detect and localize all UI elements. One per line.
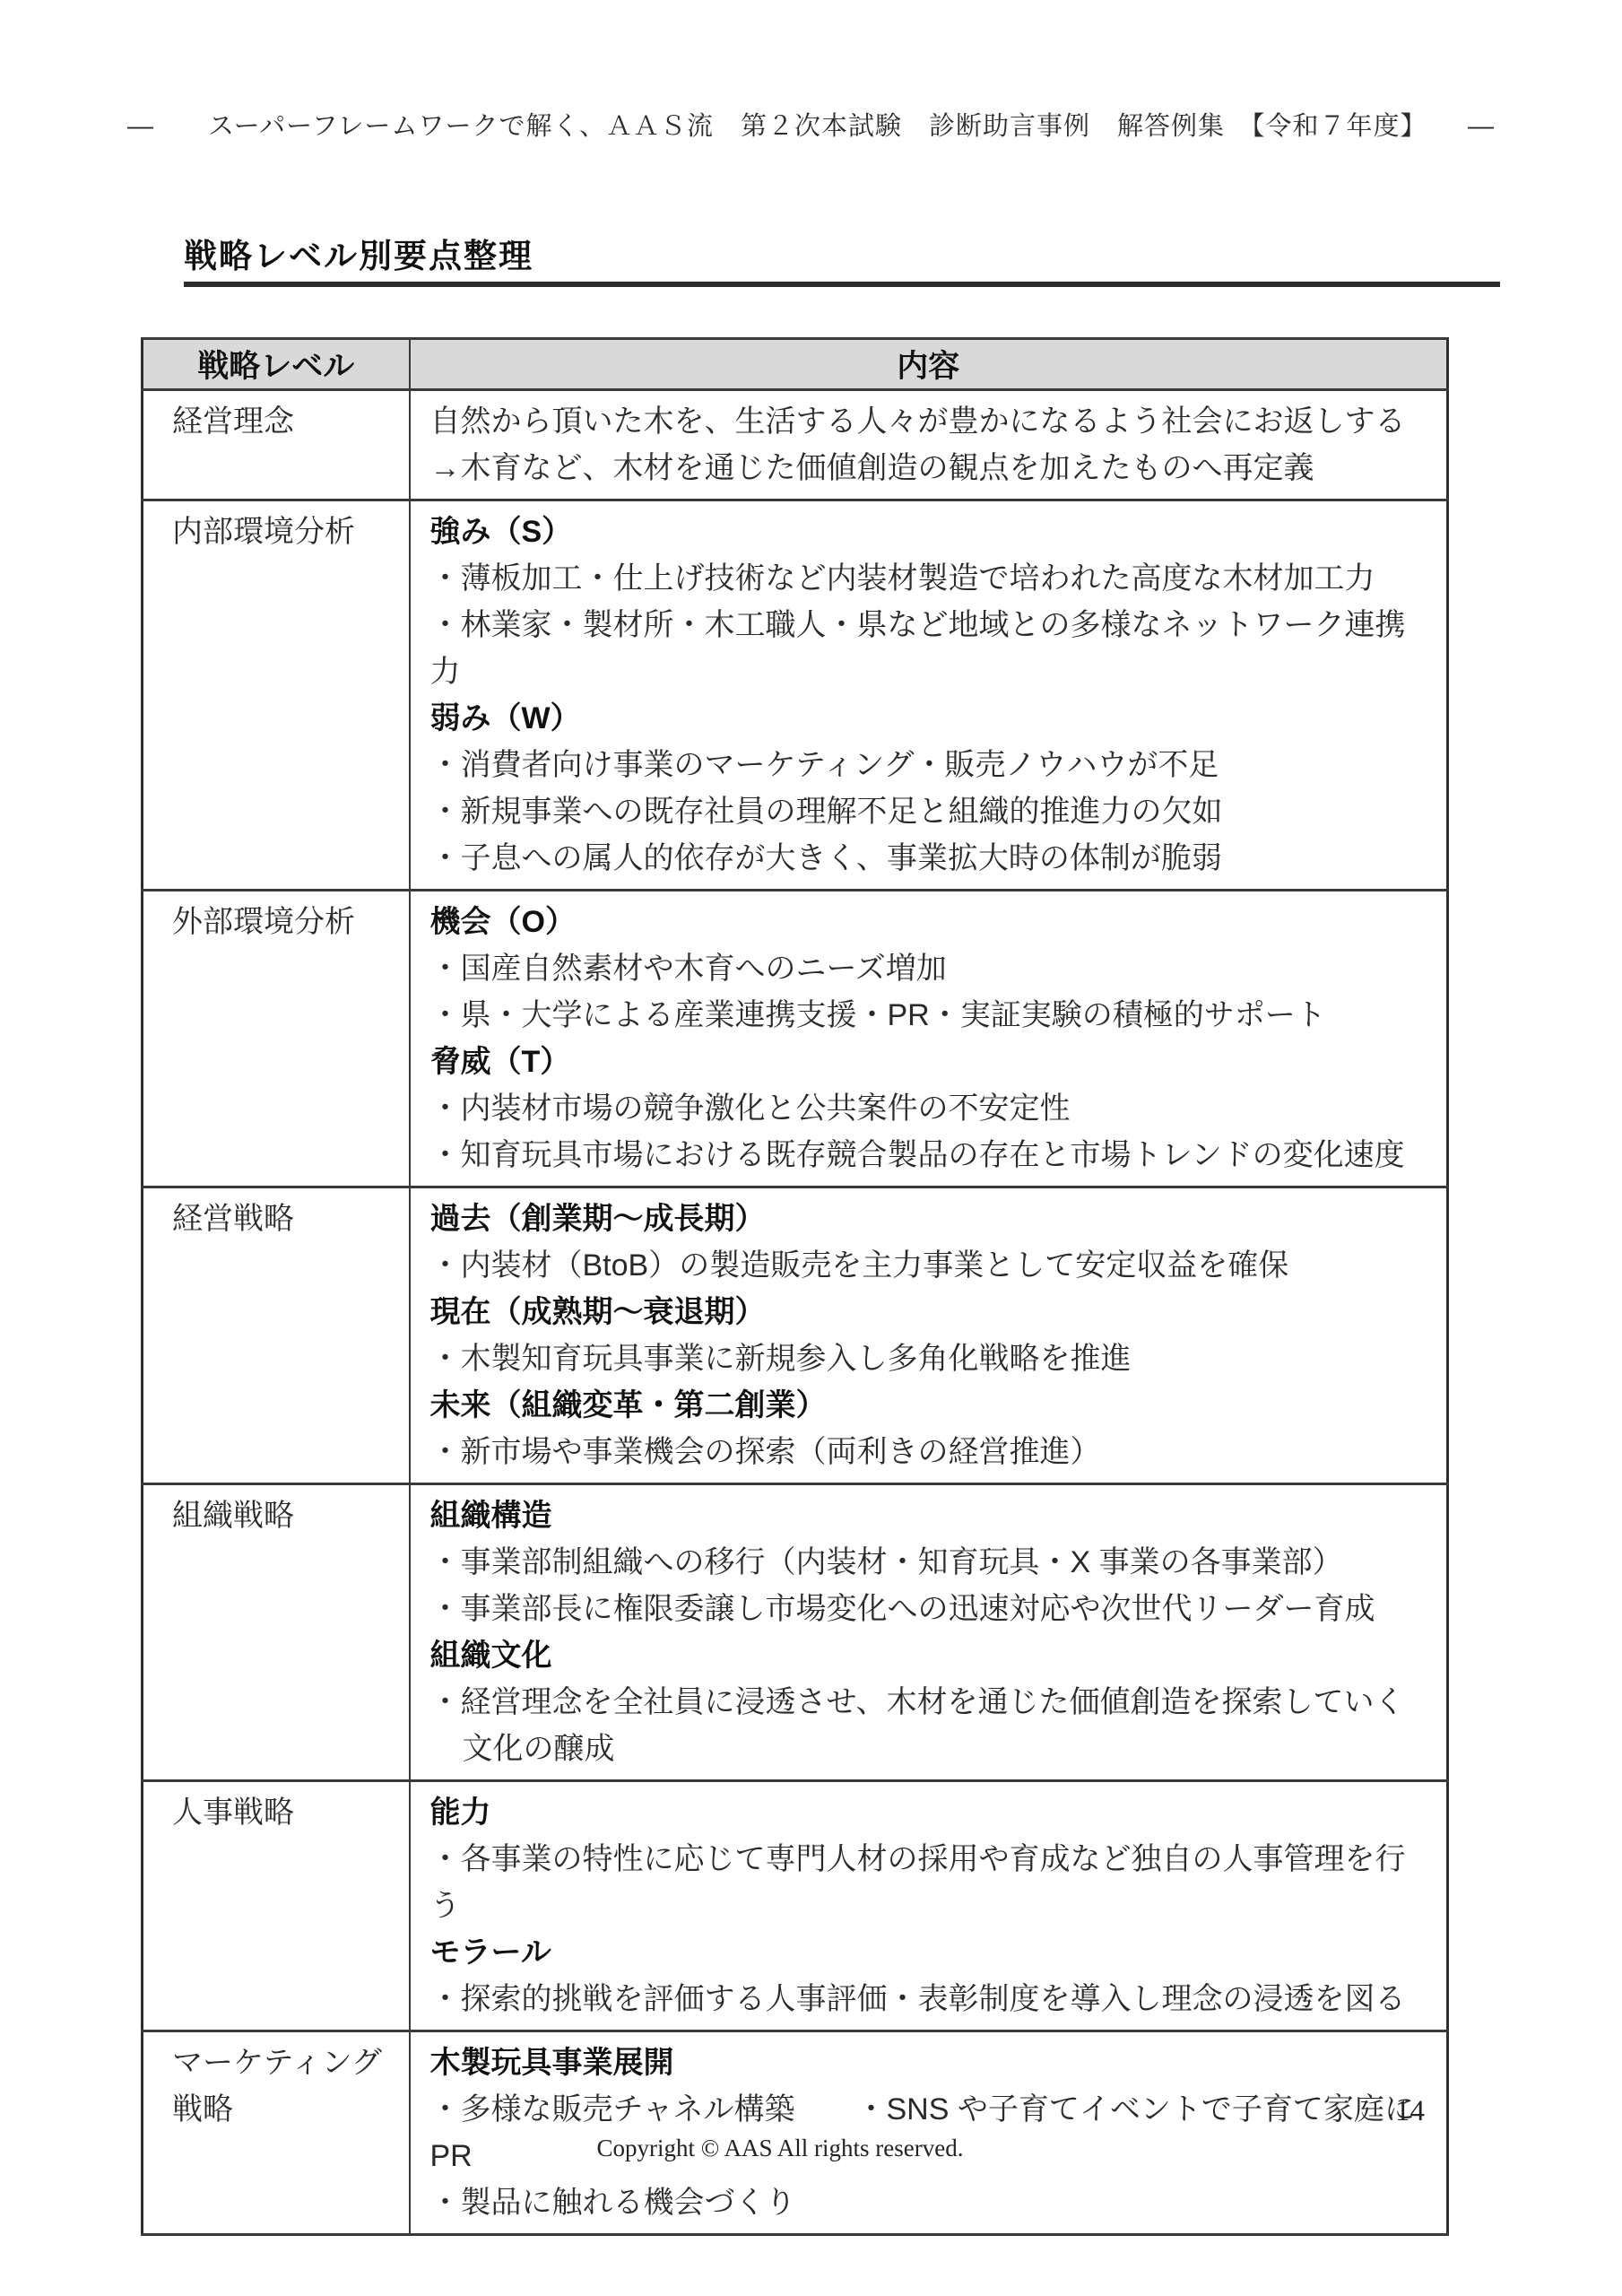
content-line: ・新規事業への既存社員の理解不足と組織的推進力の欠如 xyxy=(430,788,1435,835)
table-row: 経営戦略過去（創業期～成長期）・内装材（BtoB）の製造販売を主力事業として安定… xyxy=(143,1187,1448,1484)
content-heading-line: 機会（O） xyxy=(430,899,1435,945)
content-line: ・内装材（BtoB）の製造販売を主力事業として安定収益を確保 xyxy=(430,1242,1435,1289)
content-line: ・内装材市場の競争激化と公共案件の不安定性 xyxy=(430,1085,1435,1132)
content-cell: 能力・各事業の特性に応じて専門人材の採用や育成など独自の人事管理を行うモラール・… xyxy=(410,1781,1448,2031)
strategy-level-cell: マーケティング戦略 xyxy=(143,2031,410,2235)
content-line: ・県・大学による産業連携支援・PR・実証実験の積極的サポート xyxy=(430,992,1435,1039)
content-cell: 過去（創業期～成長期）・内装材（BtoB）の製造販売を主力事業として安定収益を確… xyxy=(410,1187,1448,1484)
table-header-row: 戦略レベル 内容 xyxy=(143,339,1448,390)
content-line: ・事業部制組織への移行（内装材・知育玩具・X 事業の各事業部） xyxy=(430,1539,1435,1586)
table-row: 経営理念自然から頂いた木を、生活する人々が豊かになるよう社会にお返しする→木育な… xyxy=(143,390,1448,500)
content-cell: 組織構造・事業部制組織への移行（内装材・知育玩具・X 事業の各事業部）・事業部長… xyxy=(410,1484,1448,1781)
section-title: 戦略レベル別要点整理 xyxy=(184,229,533,277)
table-row: 外部環境分析機会（O）・国産自然素材や木育へのニーズ増加・県・大学による産業連携… xyxy=(143,891,1448,1187)
content-line: ・木製知育玩具事業に新規参入し多角化戦略を推進 xyxy=(430,1335,1435,1382)
content-cell: 機会（O）・国産自然素材や木育へのニーズ増加・県・大学による産業連携支援・PR・… xyxy=(410,891,1448,1187)
content-line: ・各事業の特性に応じて専門人材の採用や育成など独自の人事管理を行う xyxy=(430,1836,1435,1929)
column-header-strategy-level: 戦略レベル xyxy=(143,339,410,390)
content-line: 文化の醸成 xyxy=(430,1726,1435,1772)
content-heading-line: 未来（組織変革・第二創業） xyxy=(430,1382,1435,1429)
content-line: ・探索的挑戦を評価する人事評価・表彰制度を導入し理念の浸透を図る xyxy=(430,1976,1435,2022)
content-line: ・薄板加工・仕上げ技術など内装材製造で培われた高度な木材加工力 xyxy=(430,555,1435,602)
content-heading-line: 過去（創業期～成長期） xyxy=(430,1196,1435,1242)
page: ― スーパーフレームワークで解く、ＡＡＳ流 第２次本試験 診断助言事例 解答例集… xyxy=(0,0,1622,2296)
title-rule xyxy=(184,282,1500,287)
strategy-level-cell: 経営戦略 xyxy=(143,1187,410,1484)
content-line: ・製品に触れる機会づくり xyxy=(430,2179,1435,2226)
content-line: →木育など、木材を通じた価値創造の観点を加えたものへ再定義 xyxy=(430,445,1435,491)
content-line: ・消費者向け事業のマーケティング・販売ノウハウが不足 xyxy=(430,742,1435,788)
content-heading-line: 弱み（W） xyxy=(430,695,1435,742)
content-heading-line: 能力 xyxy=(430,1789,1435,1836)
table-row: マーケティング戦略木製玩具事業展開・多様な販売チャネル構築 ・SNS や子育てイ… xyxy=(143,2031,1448,2235)
content-cell: 自然から頂いた木を、生活する人々が豊かになるよう社会にお返しする→木育など、木材… xyxy=(410,390,1448,500)
document-header: ― スーパーフレームワークで解く、ＡＡＳ流 第２次本試験 診断助言事例 解答例集… xyxy=(0,106,1622,143)
page-number: 14 xyxy=(1395,2095,1425,2128)
content-heading-line: 強み（S） xyxy=(430,509,1435,555)
strategy-level-cell: 内部環境分析 xyxy=(143,500,410,891)
table-row: 内部環境分析強み（S）・薄板加工・仕上げ技術など内装材製造で培われた高度な木材加… xyxy=(143,500,1448,891)
strategy-level-cell: 人事戦略 xyxy=(143,1781,410,2031)
strategy-table: 戦略レベル 内容 経営理念自然から頂いた木を、生活する人々が豊かになるよう社会に… xyxy=(141,337,1449,2236)
content-line: ・子息への属人的依存が大きく、事業拡大時の体制が脆弱 xyxy=(430,835,1435,882)
table-row: 人事戦略能力・各事業の特性に応じて専門人材の採用や育成など独自の人事管理を行うモ… xyxy=(143,1781,1448,2031)
content-heading-line: モラール xyxy=(430,1929,1435,1976)
content-line: ・多様な販売チャネル構築 ・SNS や子育てイベントで子育て家庭に PR xyxy=(430,2086,1435,2179)
copyright: Copyright © AAS All rights reserved. xyxy=(0,2135,1560,2162)
column-header-content: 内容 xyxy=(410,339,1448,390)
content-line: ・林業家・製材所・木工職人・県など地域との多様なネットワーク連携力 xyxy=(430,602,1435,695)
content-cell: 木製玩具事業展開・多様な販売チャネル構築 ・SNS や子育てイベントで子育て家庭… xyxy=(410,2031,1448,2235)
content-heading-line: 木製玩具事業展開 xyxy=(430,2039,1435,2086)
content-line: 自然から頂いた木を、生活する人々が豊かになるよう社会にお返しする xyxy=(430,398,1435,445)
table-row: 組織戦略組織構造・事業部制組織への移行（内装材・知育玩具・X 事業の各事業部）・… xyxy=(143,1484,1448,1781)
content-line: ・新市場や事業機会の探索（両利きの経営推進） xyxy=(430,1429,1435,1475)
content-line: ・事業部長に権限委譲し市場変化への迅速対応や次世代リーダー育成 xyxy=(430,1586,1435,1632)
strategy-level-cell: 経営理念 xyxy=(143,390,410,500)
content-heading-line: 組織構造 xyxy=(430,1492,1435,1539)
content-cell: 強み（S）・薄板加工・仕上げ技術など内装材製造で培われた高度な木材加工力・林業家… xyxy=(410,500,1448,891)
strategy-level-cell: 組織戦略 xyxy=(143,1484,410,1781)
content-heading-line: 現在（成熟期～衰退期） xyxy=(430,1289,1435,1335)
content-line: ・経営理念を全社員に浸透させ、木材を通じた価値創造を探索していく xyxy=(430,1679,1435,1726)
content-line: ・知育玩具市場における既存競合製品の存在と市場トレンドの変化速度 xyxy=(430,1132,1435,1178)
content-heading-line: 脅威（T） xyxy=(430,1039,1435,1085)
content-heading-line: 組織文化 xyxy=(430,1632,1435,1679)
strategy-level-cell: 外部環境分析 xyxy=(143,891,410,1187)
content-line: ・国産自然素材や木育へのニーズ増加 xyxy=(430,945,1435,992)
